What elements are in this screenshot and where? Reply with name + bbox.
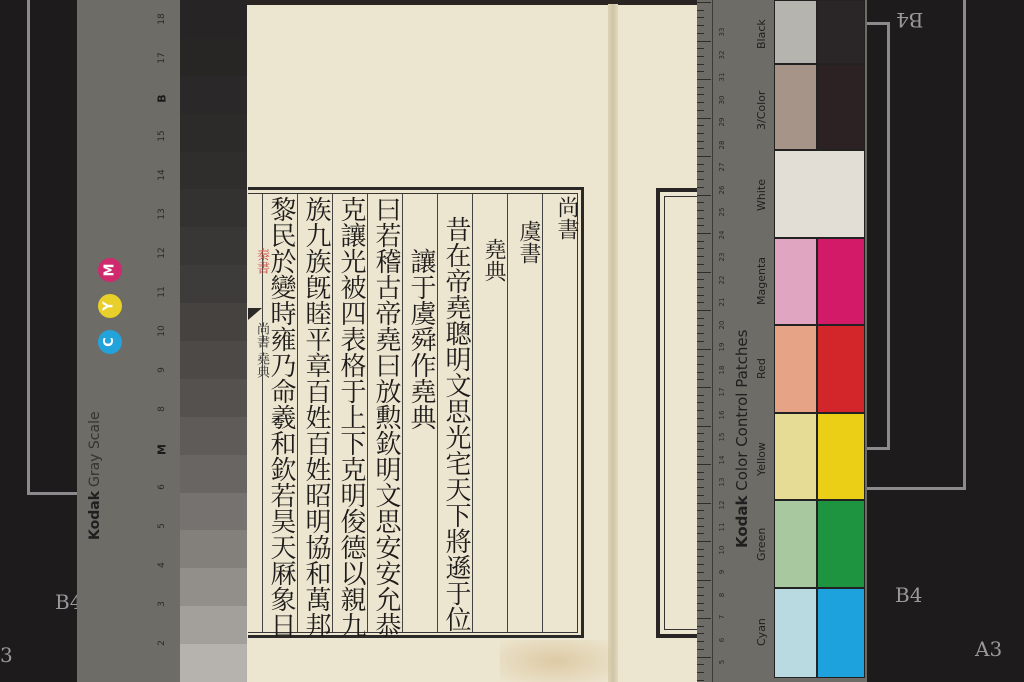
ruler-tick bbox=[697, 225, 704, 226]
ruler-tick bbox=[697, 110, 704, 111]
gray-step bbox=[180, 0, 247, 39]
ruler-tick bbox=[697, 341, 704, 342]
patch-green-light bbox=[774, 500, 817, 588]
gray-step-number: 14 bbox=[157, 168, 167, 182]
ruler-tick bbox=[697, 410, 704, 411]
ruler-tick bbox=[697, 287, 704, 288]
ruler-tick bbox=[697, 118, 711, 119]
ruler-tick bbox=[697, 680, 704, 681]
patch-label: Red bbox=[755, 358, 768, 379]
ruler-tick bbox=[697, 248, 704, 249]
kodak-color-control-patches: 3332313029282726252423222120191817161514… bbox=[697, 0, 867, 682]
ruler-tick bbox=[697, 41, 711, 42]
ruler-tick bbox=[697, 202, 704, 203]
ruler-tick bbox=[697, 533, 704, 534]
paper-size-label: A3 bbox=[975, 637, 1002, 661]
ruler-tick bbox=[697, 472, 704, 473]
ruler-number: 7 bbox=[718, 611, 726, 623]
gray-step bbox=[180, 341, 247, 380]
ruler-number: 16 bbox=[718, 409, 726, 421]
ruler-tick bbox=[697, 272, 711, 273]
patch-green-dark bbox=[817, 500, 865, 588]
paper-size-label: 3 bbox=[0, 643, 13, 667]
facing-page-inner-frame bbox=[664, 196, 698, 630]
patch-magenta-light bbox=[774, 238, 817, 325]
ruler-tick bbox=[697, 487, 704, 488]
text-column-2: 讓于虞舜作堯典 bbox=[403, 248, 437, 430]
ruler-tick bbox=[697, 210, 704, 211]
ruler-tick bbox=[697, 241, 704, 242]
ruler-tick bbox=[697, 171, 704, 172]
ruler-tick bbox=[697, 133, 704, 134]
ruler-tick bbox=[697, 94, 704, 95]
ruler-tick bbox=[697, 333, 704, 334]
ruler-number: 25 bbox=[718, 206, 726, 218]
ruler-tick bbox=[697, 256, 704, 257]
text-column-3: 曰若稽古帝堯曰放勲欽明文思安安允恭 bbox=[368, 196, 402, 638]
gray-step-number: 5 bbox=[157, 519, 167, 533]
ruler-tick bbox=[697, 125, 704, 126]
patch-black-dark bbox=[817, 0, 865, 64]
ruler-tick bbox=[697, 310, 711, 311]
gray-step bbox=[180, 455, 247, 494]
column-rule bbox=[472, 194, 473, 632]
ruler-tick bbox=[697, 541, 711, 542]
ruler-number: 28 bbox=[718, 139, 726, 151]
ruler-number: 29 bbox=[718, 116, 726, 128]
gray-step-number: 15 bbox=[157, 129, 167, 143]
gray-step bbox=[180, 227, 247, 266]
ruler-tick bbox=[697, 10, 704, 11]
gray-step-number: 11 bbox=[157, 285, 167, 299]
ruler-tick bbox=[697, 556, 704, 557]
ruler-tick bbox=[697, 418, 704, 419]
cmy-dot-m: M bbox=[98, 258, 122, 282]
ruler-number: 20 bbox=[718, 319, 726, 331]
patch-magenta-dark bbox=[817, 238, 865, 325]
ruler-tick bbox=[697, 279, 704, 280]
ruler-number: 27 bbox=[718, 161, 726, 173]
gray-step bbox=[180, 265, 247, 304]
gray-scale-steps bbox=[180, 0, 247, 682]
ruler-tick bbox=[697, 395, 704, 396]
gray-step-number: 18 bbox=[157, 12, 167, 26]
ruler-tick bbox=[697, 2, 711, 3]
ruler-tick bbox=[697, 657, 711, 658]
ruler-tick bbox=[697, 456, 704, 457]
ruler-tick bbox=[697, 510, 704, 511]
ruler-tick bbox=[697, 387, 711, 388]
ruler-tick bbox=[697, 179, 704, 180]
ruler-tick bbox=[697, 580, 711, 581]
fishtail-mark bbox=[248, 308, 262, 320]
ruler-tick bbox=[697, 64, 704, 65]
ruler-tick bbox=[697, 495, 704, 496]
patch-label: 3/Color bbox=[755, 91, 768, 130]
ruler-tick bbox=[697, 56, 704, 57]
ruler-number: 14 bbox=[718, 454, 726, 466]
ruler-number: 31 bbox=[718, 71, 726, 83]
ruler-tick bbox=[697, 549, 704, 550]
ruler-tick bbox=[697, 587, 704, 588]
ruler-tick bbox=[697, 464, 711, 465]
ruler-number: 10 bbox=[718, 544, 726, 556]
ruler-tick bbox=[697, 503, 711, 504]
patch-3-color-light bbox=[774, 64, 817, 150]
ruler-tick bbox=[697, 264, 704, 265]
gray-step-number: 8 bbox=[157, 402, 167, 416]
ruler-tick bbox=[697, 426, 711, 427]
gray-step bbox=[180, 606, 247, 645]
cmy-dot-c: C bbox=[98, 330, 122, 354]
ruler-tick bbox=[697, 25, 704, 26]
gray-step-number: 17 bbox=[157, 51, 167, 65]
gray-step bbox=[180, 568, 247, 607]
gray-step bbox=[180, 303, 247, 342]
kodak-gray-scale: 1817B15141312111098M65432 MYC KodakGray … bbox=[77, 0, 247, 682]
chapter-title: 虞書 bbox=[510, 220, 544, 264]
ruler-number: 6 bbox=[718, 634, 726, 646]
patch-label: Yellow bbox=[755, 442, 768, 476]
ruler-number: 18 bbox=[718, 364, 726, 376]
ruler-tick bbox=[697, 572, 704, 573]
gray-step bbox=[180, 417, 247, 456]
patch-cyan-light bbox=[774, 588, 817, 678]
cmy-dot-y: Y bbox=[98, 294, 122, 318]
measurement-ruler bbox=[697, 0, 713, 682]
ruler-tick bbox=[697, 187, 704, 188]
ruler-tick bbox=[697, 449, 704, 450]
patch-red-light bbox=[774, 325, 817, 413]
paper-size-label: B4 bbox=[895, 583, 922, 607]
ruler-tick bbox=[697, 156, 711, 157]
paper-size-guide-a3 bbox=[862, 0, 966, 490]
ruler-tick bbox=[697, 664, 704, 665]
ruler-tick bbox=[697, 218, 704, 219]
ruler-tick bbox=[697, 610, 704, 611]
ruler-tick bbox=[697, 603, 704, 604]
ruler-tick bbox=[697, 595, 704, 596]
ruler-number: 22 bbox=[718, 274, 726, 286]
patch-label: White bbox=[755, 179, 768, 211]
ruler-number: 32 bbox=[718, 49, 726, 61]
ruler-tick bbox=[697, 372, 704, 373]
patch-label: Cyan bbox=[755, 618, 768, 646]
ruler-number: 8 bbox=[718, 589, 726, 601]
ruler-number: 17 bbox=[718, 386, 726, 398]
ruler-tick bbox=[697, 318, 704, 319]
ruler-number: 9 bbox=[718, 566, 726, 578]
gray-scale-brand: Kodak bbox=[87, 491, 103, 540]
gray-scale-name: Gray Scale bbox=[87, 411, 103, 487]
text-column-6: 黎民於變時雍乃命羲和欽若昊天厤象日 bbox=[263, 196, 297, 638]
ruler-number: 21 bbox=[718, 296, 726, 308]
ruler-tick bbox=[697, 349, 711, 350]
ruler-tick bbox=[697, 356, 704, 357]
ruler-number: 33 bbox=[718, 26, 726, 38]
gray-step-number: 6 bbox=[157, 480, 167, 494]
ruler-tick bbox=[697, 295, 704, 296]
color-patches-name: Color Control Patches bbox=[733, 330, 751, 491]
gray-step bbox=[180, 114, 247, 153]
ruler-tick bbox=[697, 479, 704, 480]
patch-cyan-dark bbox=[817, 588, 865, 678]
ruler-tick bbox=[697, 302, 704, 303]
ruler-tick bbox=[697, 379, 704, 380]
gray-step bbox=[180, 493, 247, 532]
ruler-number: 19 bbox=[718, 341, 726, 353]
ruler-tick bbox=[697, 618, 711, 619]
page-fold bbox=[608, 4, 618, 682]
ruler-tick bbox=[697, 672, 704, 673]
ruler-tick bbox=[697, 233, 711, 234]
ruler-tick bbox=[697, 433, 704, 434]
patch-yellow-light bbox=[774, 413, 817, 500]
gray-step-number: 9 bbox=[157, 363, 167, 377]
ruler-number: 15 bbox=[718, 431, 726, 443]
gray-step-number: M bbox=[156, 443, 169, 457]
patch-label: Green bbox=[755, 527, 768, 560]
paper-size-label: B4 bbox=[896, 8, 923, 32]
gray-step-number: 10 bbox=[157, 324, 167, 338]
ruler-tick bbox=[697, 526, 704, 527]
gray-scale-title: KodakGray Scale bbox=[87, 390, 117, 540]
ruler-tick bbox=[697, 102, 704, 103]
ruler-tick bbox=[697, 87, 704, 88]
gray-step bbox=[180, 530, 247, 569]
gray-step-number: 13 bbox=[157, 207, 167, 221]
ruler-tick bbox=[697, 195, 711, 196]
ruler-tick bbox=[697, 641, 704, 642]
ruler-number: 26 bbox=[718, 184, 726, 196]
text-column-4: 克讓光被四表格于上下克明俊德以親九 bbox=[333, 196, 367, 638]
section-title: 堯典 bbox=[475, 238, 509, 282]
ruler-number: 23 bbox=[718, 251, 726, 263]
patch-red-dark bbox=[817, 325, 865, 413]
gray-step bbox=[180, 152, 247, 191]
gray-step bbox=[180, 189, 247, 228]
ruler-tick bbox=[697, 48, 704, 49]
patch-yellow-dark bbox=[817, 413, 865, 500]
page-top-edge bbox=[247, 0, 699, 5]
ruler-number: 24 bbox=[718, 229, 726, 241]
gray-step-number: 4 bbox=[157, 558, 167, 572]
ruler-tick bbox=[697, 441, 704, 442]
patch-black-light bbox=[774, 0, 817, 64]
gray-step bbox=[180, 379, 247, 418]
gray-step bbox=[180, 644, 247, 682]
gray-step-number: 2 bbox=[157, 636, 167, 650]
gray-step-number: 3 bbox=[157, 597, 167, 611]
ruler-number: 5 bbox=[718, 656, 726, 668]
gray-step-number: 12 bbox=[157, 246, 167, 260]
patch-label: Magenta bbox=[755, 257, 768, 305]
gray-step bbox=[180, 76, 247, 115]
ruler-tick bbox=[697, 325, 704, 326]
ruler-tick bbox=[697, 564, 704, 565]
ruler-tick bbox=[697, 164, 704, 165]
ruler-number: 13 bbox=[718, 476, 726, 488]
patch-white bbox=[774, 150, 865, 238]
book-title: 尚書 bbox=[548, 196, 582, 240]
ruler-tick bbox=[697, 79, 711, 80]
ruler-tick bbox=[697, 33, 704, 34]
color-patches-title: Kodak Color Control Patches bbox=[733, 330, 751, 548]
ruler-tick bbox=[697, 148, 704, 149]
paper-stain bbox=[500, 640, 610, 682]
ruler-tick bbox=[697, 649, 704, 650]
ruler-tick bbox=[697, 626, 704, 627]
ruler-number: 11 bbox=[718, 521, 726, 533]
ruler-tick bbox=[697, 17, 704, 18]
ruler-tick bbox=[697, 364, 704, 365]
ruler-tick bbox=[697, 402, 704, 403]
ruler-number: 12 bbox=[718, 499, 726, 511]
gray-step bbox=[180, 38, 247, 77]
text-column-5: 族九族旣睦平章百姓百姓昭明協和萬邦 bbox=[298, 196, 332, 638]
ruler-number: 30 bbox=[718, 94, 726, 106]
patch-3-color-dark bbox=[817, 64, 865, 150]
ruler-tick bbox=[697, 518, 704, 519]
ruler-tick bbox=[697, 633, 704, 634]
ruler-tick bbox=[697, 71, 704, 72]
patch-label: Black bbox=[755, 19, 768, 49]
ruler-tick bbox=[697, 141, 704, 142]
gray-step-number: B bbox=[156, 92, 169, 106]
text-column-1: 昔在帝堯聰明文思光宅天下將遜于位 bbox=[438, 216, 472, 632]
color-patches-brand: Kodak bbox=[733, 496, 751, 549]
